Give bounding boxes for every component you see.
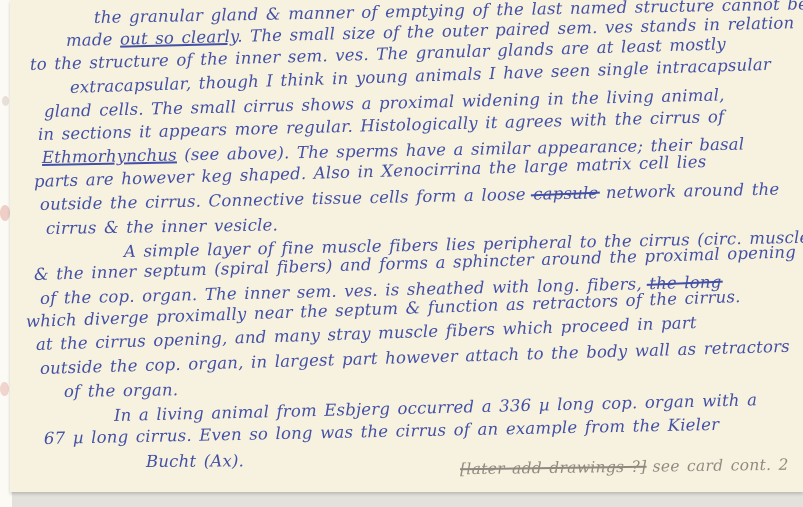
- handwritten-segment: network around the: [598, 180, 779, 203]
- continuation-note: see card cont. 2: [653, 456, 789, 476]
- crossed-out-note: [later add drawings ?]: [460, 458, 647, 479]
- index-card: the granular gland & manner of emptying …: [10, 0, 803, 492]
- scan-smudge: [0, 382, 9, 396]
- scan-smudge: [0, 205, 10, 221]
- handwritten-text: the granular gland & manner of emptying …: [18, 6, 798, 474]
- handwritten-segment: made: [66, 30, 121, 50]
- scan-smudge: [2, 96, 9, 106]
- handwritten-segment: out so clearly: [120, 27, 238, 49]
- scanned-page: { "card": { "ink_color": "#4350a5", "pen…: [0, 0, 803, 507]
- handwritten-segment: Bucht (Ax).: [146, 452, 244, 472]
- handwritten-segment: cirrus & the inner vesicle.: [46, 215, 278, 238]
- handwritten-segment: of the organ.: [64, 380, 179, 401]
- crossed-out-word: capsule: [533, 183, 599, 203]
- handwritten-segment: Ethmorhynchus: [42, 146, 177, 168]
- pencil-annotation: [later add drawings ?]see card cont. 2: [460, 456, 789, 479]
